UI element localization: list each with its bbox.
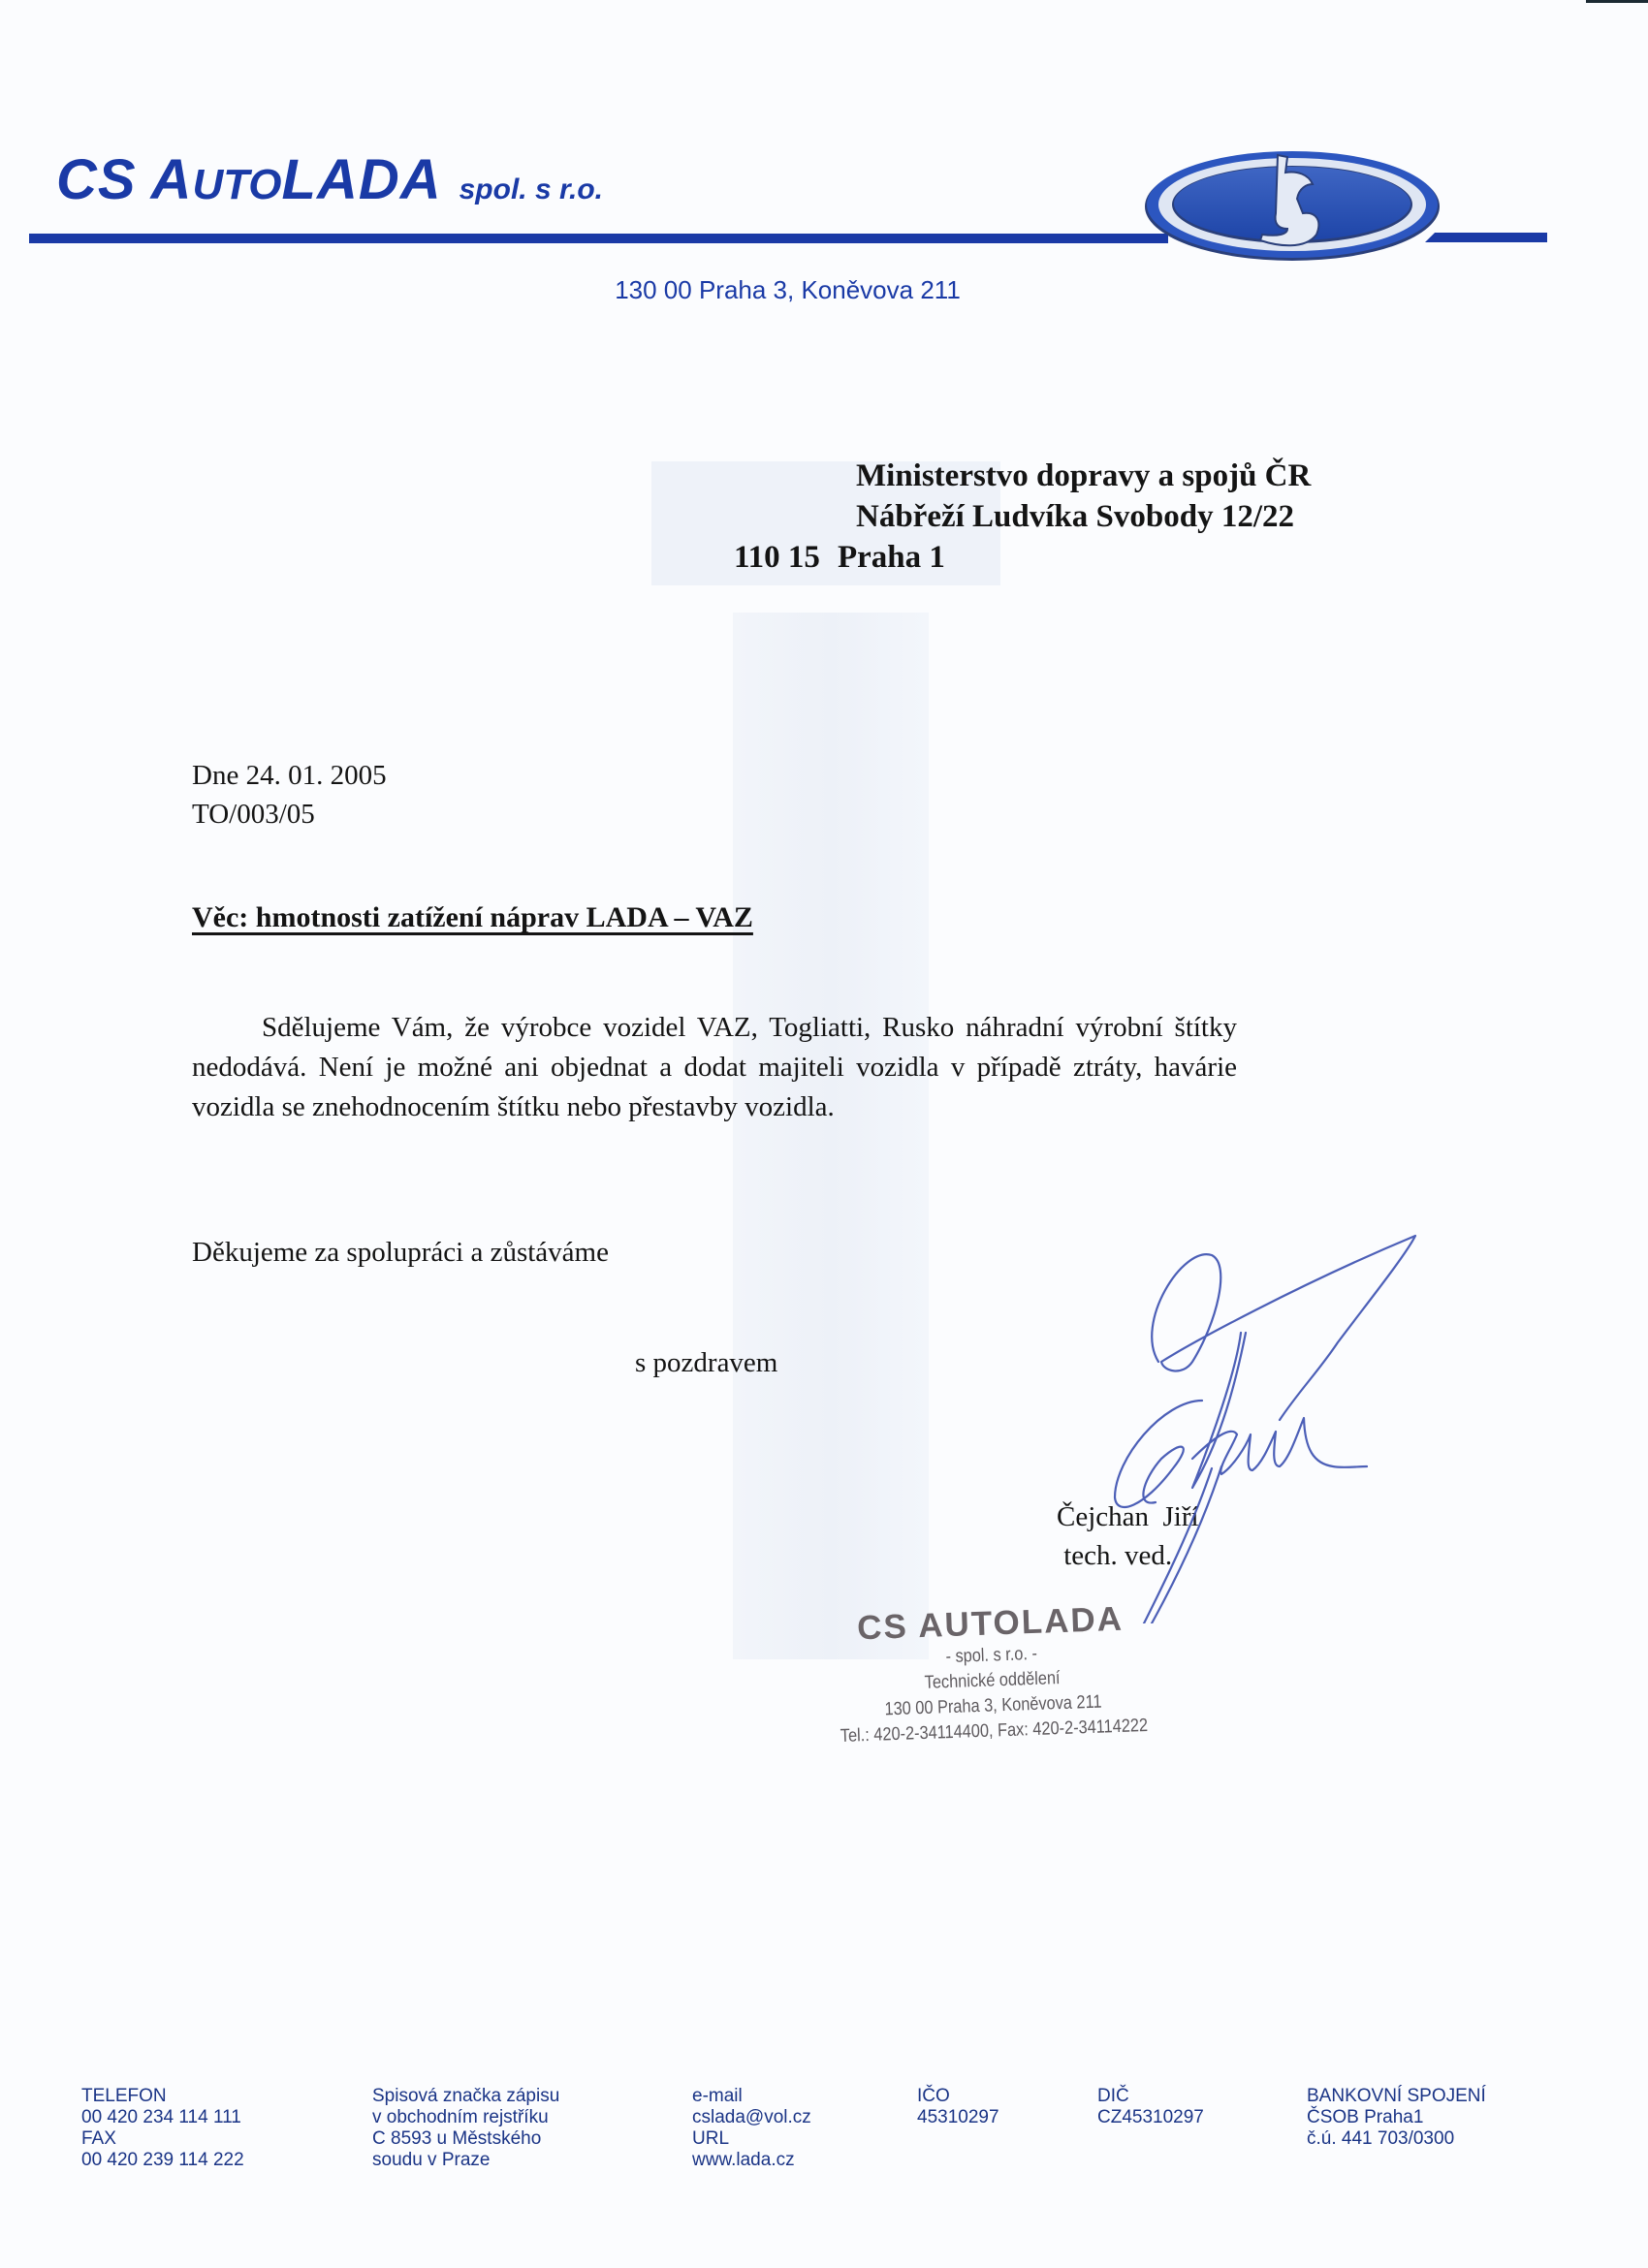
footer-registry-line: Spisová značka zápisu bbox=[372, 2086, 559, 2107]
footer-bank: BANKOVNÍ SPOJENÍ ČSOB Praha1 č.ú. 441 70… bbox=[1307, 2086, 1486, 2150]
header-rule-left bbox=[29, 234, 1168, 243]
footer-registry-line: v obchodním rejstříku bbox=[372, 2107, 559, 2128]
wordmark-suffix: spol. s r.o. bbox=[460, 173, 603, 205]
footer-bank-account: č.ú. 441 703/0300 bbox=[1307, 2128, 1486, 2150]
footer-bank-label: BANKOVNÍ SPOJENÍ bbox=[1307, 2086, 1486, 2107]
recipient-postal-code: 110 15 bbox=[734, 540, 820, 575]
recipient-line-1: Ministerstvo dopravy a spojů ČR bbox=[856, 456, 1311, 496]
footer-registry-line: C 8593 u Městského bbox=[372, 2128, 559, 2150]
footer-bank-name: ČSOB Praha1 bbox=[1307, 2107, 1486, 2128]
sender-address: 130 00 Praha 3, Koněvova 211 bbox=[0, 275, 1648, 305]
wordmark-uto: UTO bbox=[192, 161, 281, 208]
header-rule-right bbox=[1425, 233, 1547, 242]
handwritten-signature-icon bbox=[1047, 1216, 1454, 1623]
recipient-city: Praha 1 bbox=[838, 540, 945, 575]
footer-fax-label: FAX bbox=[81, 2128, 244, 2150]
footer-url-link[interactable]: www.lada.cz bbox=[692, 2150, 811, 2171]
footer-dic-label: DIČ bbox=[1097, 2086, 1204, 2107]
letter-body-paragraph: Sdělujeme Vám, že výrobce vozidel VAZ, T… bbox=[192, 1008, 1237, 1127]
wordmark-lada: LADA bbox=[282, 148, 442, 211]
letter-meta: Dne 24. 01. 2005 TO/003/05 bbox=[192, 756, 387, 834]
wordmark-a: A bbox=[151, 148, 193, 211]
footer-online: e-mail cslada@vol.cz URL www.lada.cz bbox=[692, 2086, 811, 2171]
letter-reference: TO/003/05 bbox=[192, 795, 387, 834]
footer-phone-label: TELEFON bbox=[81, 2086, 244, 2107]
footer-registry: Spisová značka zápisu v obchodním rejstř… bbox=[372, 2086, 559, 2171]
footer-ico-value: 45310297 bbox=[917, 2107, 999, 2128]
letter-date: Dne 24. 01. 2005 bbox=[192, 756, 387, 795]
footer-ico: IČO 45310297 bbox=[917, 2086, 999, 2128]
footer-ico-label: IČO bbox=[917, 2086, 999, 2107]
recipient-line-2: Nábřeží Ludvíka Svobody 12/22 bbox=[856, 496, 1294, 537]
company-wordmark: CS AUTOLADAspol. s r.o. bbox=[56, 147, 603, 212]
footer-email-label: e-mail bbox=[692, 2086, 811, 2107]
scan-edge bbox=[1586, 0, 1648, 3]
sender-address-text: 130 00 Praha 3, Koněvova 211 bbox=[615, 275, 961, 304]
watermark-bar bbox=[733, 613, 929, 1659]
footer-phone: 00 420 234 114 111 bbox=[81, 2107, 244, 2128]
wordmark-cs: CS bbox=[56, 148, 151, 211]
footer-email-link[interactable]: cslada@vol.cz bbox=[692, 2107, 811, 2128]
lada-logo-icon bbox=[1142, 145, 1442, 264]
closing-regards: s pozdravem bbox=[635, 1347, 777, 1379]
footer-fax: 00 420 239 114 222 bbox=[81, 2150, 244, 2171]
footer-contact-phone: TELEFON 00 420 234 114 111 FAX 00 420 23… bbox=[81, 2086, 244, 2171]
footer-dic: DIČ CZ45310297 bbox=[1097, 2086, 1204, 2128]
footer-url-label: URL bbox=[692, 2128, 811, 2150]
closing-thanks: Děkujeme za spolupráci a zůstáváme bbox=[192, 1237, 609, 1269]
letter-subject: Věc: hmotnosti zatížení náprav LADA – VA… bbox=[192, 901, 753, 934]
footer-dic-value: CZ45310297 bbox=[1097, 2107, 1204, 2128]
footer-registry-line: soudu v Praze bbox=[372, 2150, 559, 2171]
recipient-line-3: 110 15Praha 1 bbox=[734, 537, 945, 578]
